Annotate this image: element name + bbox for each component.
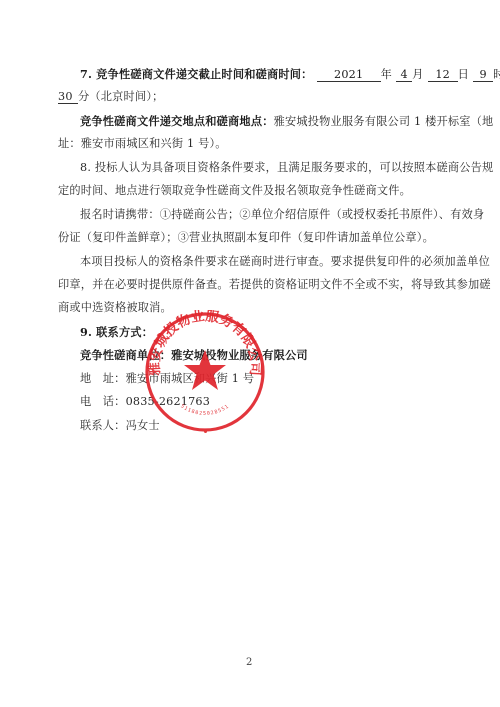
registration-line1: 报名时请携带：①持磋商公告；②单位介绍信原件（或授权委托书原件）、有效身	[80, 208, 484, 222]
month-unit: 月	[412, 68, 423, 81]
ink-dot	[204, 430, 207, 433]
item8-line2: 定的时间、地点进行领取竞争性磋商文件及报名领取竞争性磋商文件。	[58, 184, 411, 198]
item7-deadline: 7. 竞争性磋商文件递交截止时间和磋商时间： 2021年 4月 12日 9时	[80, 67, 500, 82]
svg-text:雅安城投物业服务有限公司: 雅安城投物业服务有限公司	[146, 310, 265, 376]
contact-address: 地 址：雅安市雨城区和兴街 1 号	[80, 372, 254, 386]
qualification-line3: 商或中选资格被取消。	[58, 301, 172, 315]
phone-value: 0835-2621763	[126, 395, 210, 408]
year-value: 2021	[317, 69, 381, 82]
item7-minute-line: 30分（北京时间）；	[58, 90, 164, 104]
registration-line2: 份证（复印件盖鲜章）；③营业执照副本复印件（复印件请加盖单位公章）。	[58, 231, 434, 245]
item8-line1: 8. 投标人认为具备项目资格条件要求，且满足服务要求的，可以按照本磋商公告规	[80, 161, 493, 175]
page-number: 2	[246, 657, 252, 668]
location-label: 竞争性磋商文件递交地点和磋商地点：	[80, 114, 274, 128]
qualification-line2: 印章，并在必要时提供原件备查。若提供的资格证明文件不全或不实，将导致其参加磋	[58, 278, 491, 292]
year-unit: 年	[381, 68, 392, 81]
location-line1: 竞争性磋商文件递交地点和磋商地点：雅安城投物业服务有限公司 1 楼开标室（地	[80, 114, 493, 129]
hour-unit: 时	[493, 68, 500, 81]
minute-unit: 分（北京时间）；	[78, 90, 164, 103]
phone-label: 电 话：	[80, 395, 126, 408]
item9-heading: 9. 联系方式：	[80, 325, 153, 339]
unit-label: 竞争性磋商单位：	[80, 348, 171, 362]
contact-label: 联系人：	[80, 419, 126, 432]
hour-value: 9	[473, 69, 493, 82]
contact-value: 冯女士	[126, 419, 160, 432]
contact-person: 联系人：冯女士	[80, 419, 160, 433]
unit-value: 雅安城投物业服务有限公司	[171, 348, 308, 362]
contact-unit: 竞争性磋商单位：雅安城投物业服务有限公司	[80, 348, 308, 362]
document-page: 7. 竞争性磋商文件递交截止时间和磋商时间： 2021年 4月 12日 9时 3…	[0, 0, 500, 707]
qualification-line1: 本项目投标人的资格条件要求在磋商时进行审查。要求提供复印件的必须加盖单位	[80, 255, 490, 269]
contact-phone: 电 话：0835-2621763	[80, 395, 210, 409]
item7-label: 7. 竞争性磋商文件递交截止时间和磋商时间：	[80, 67, 313, 81]
month-value: 4	[396, 69, 412, 82]
location-text-1: 雅安城投物业服务有限公司 1 楼开标室（地	[274, 115, 494, 128]
location-line2: 址：雅安市雨城区和兴街 1 号）。	[58, 137, 227, 151]
minute-value: 30	[58, 91, 78, 104]
day-value: 12	[428, 69, 458, 82]
address-value: 雅安市雨城区和兴街 1 号	[126, 372, 255, 385]
day-unit: 日	[458, 68, 469, 81]
address-label: 地 址：	[80, 372, 126, 385]
